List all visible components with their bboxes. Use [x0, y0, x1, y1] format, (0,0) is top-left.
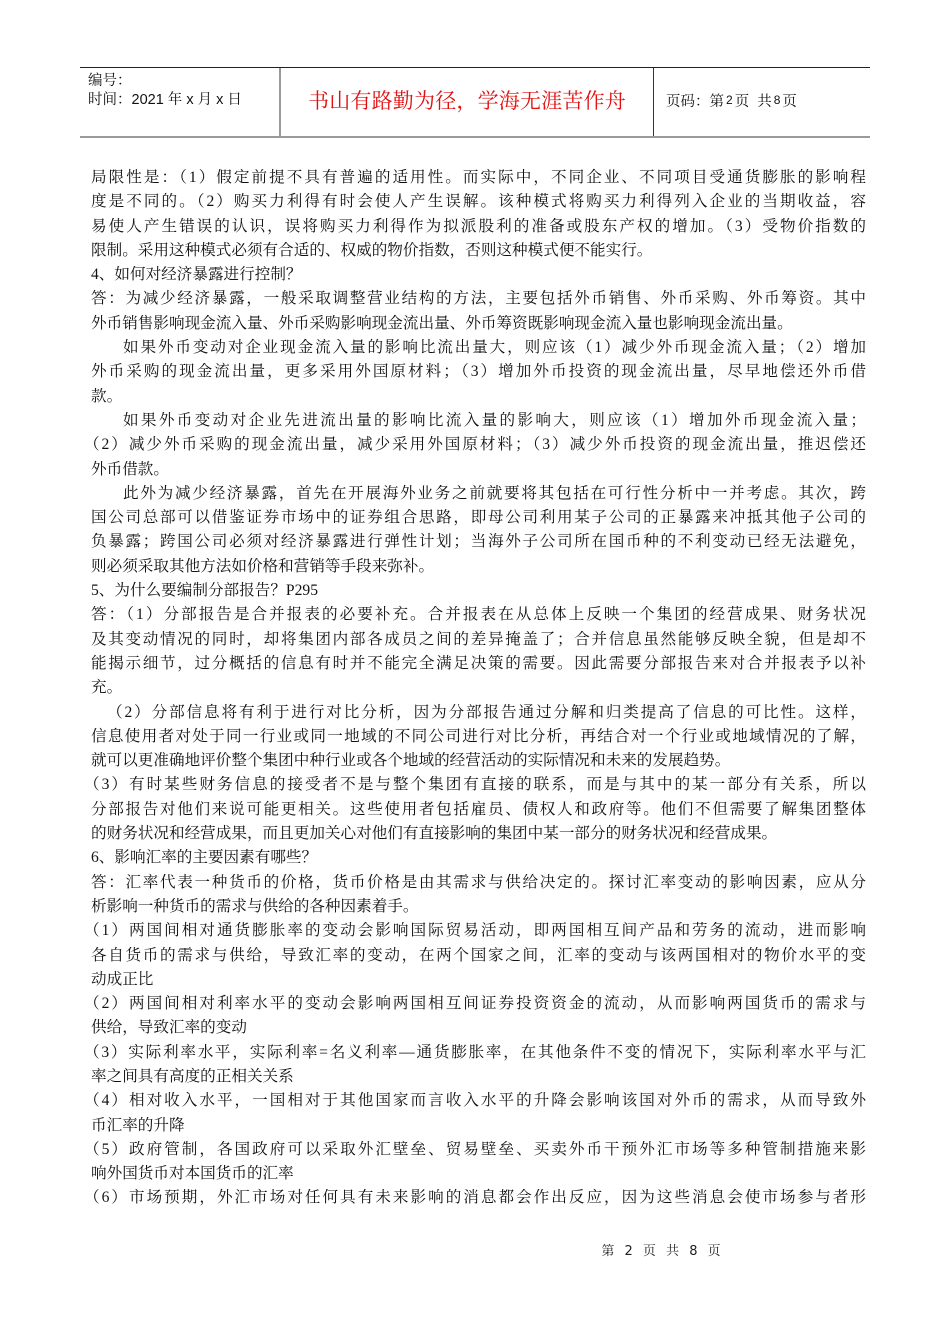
body-line: （5）政府管制，各国政府可以采取外汇壁垒、贸易壁垒、买卖外币干预外汇市场等多种管… [84, 1138, 866, 1162]
body-line: 此外为减少经济暴露，首先在开展海外业务之前就要将其包括在可行性分析中一并考虑。其… [91, 482, 866, 506]
page-label-mid: 页 [735, 90, 750, 111]
body-line: （3）实际利率水平，实际利率=名义利率—通货膨胀率，在其他条件不变的情况下，实际… [84, 1041, 866, 1065]
body-line: 如果外币变动对企业现金流入量的影响比流出量大，则应该（1）减少外币现金流入量；（… [91, 336, 866, 360]
motto-text: 书山有路勤为径，学海无涯苦作舟 [308, 85, 626, 115]
body-line: 响外国货币对本国货币的汇率 [91, 1162, 866, 1186]
body-line: 限制。采用这种模式必须有合适的、权威的物价指数，否则这种模式便不能实行。 [91, 239, 866, 263]
page-current-number: 2 [726, 93, 733, 107]
body-line: 外币采购的现金流出量，更多采用外国原材料；（3）增加外币投资的现金流出量，尽早地… [91, 360, 866, 384]
body-line: 的财务状况和经营成果，而且更加关心对他们有直接影响的集团中某一部分的财务状况和经… [91, 822, 866, 846]
body-line: 信息使用者对处于同一行业或同一地域的不同公司进行对比分析，再结合对一个行业或地域… [91, 725, 866, 749]
body-line: （6）市场预期，外汇市场对任何具有未来影响的消息都会作出反应，因为这些消息会使市… [84, 1186, 866, 1210]
body-line: 供给，导致汇率的变动 [91, 1016, 866, 1040]
body-line: （4）相对收入水平，一国相对于其他国家而言收入水平的升降会影响该国对外币的需求，… [84, 1089, 866, 1113]
header-meta-cell: 编号： 时间：2021 年 x 月 x 日 [80, 68, 281, 136]
body-line: 币汇率的升降 [91, 1114, 866, 1138]
page-header-table: 编号： 时间：2021 年 x 月 x 日 书山有路勤为径，学海无涯苦作舟 页码… [80, 67, 870, 138]
body-line: 如果外币变动对企业先进流出量的影响比流入量的影响大，则应该（1）增加外币现金流入… [91, 409, 866, 433]
body-line: 答：为减少经济暴露，一般采取调整营业结构的方法，主要包括外币销售、外币采购、外币… [91, 287, 866, 311]
question-heading-4: 4、如何对经济暴露进行控制？ [91, 263, 866, 287]
body-line: 局限性是：（1）假定前提不具有普遍的适用性。而实际中，不同企业、不同项目受通货膨… [91, 166, 866, 190]
body-line: （1）两国间相对通货膨胀率的变动会影响国际贸易活动，即两国相互间产品和劳务的流动… [84, 919, 866, 943]
page-total-prefix: 共 [757, 90, 772, 111]
question-heading-6: 6、影响汇率的主要因素有哪些？ [91, 846, 866, 870]
body-line: 析影响一种货币的需求与供给的各种因素着手。 [91, 895, 866, 919]
body-line: 度是不同的。（2）购买力利得有时会使人产生误解。该种模式将购买力利得列入企业的当… [91, 190, 866, 214]
body-line: 国公司总部可以借鉴证券市场中的证券组合思路，即母公司利用某子公司的正暴露来冲抵其… [91, 506, 866, 530]
body-line: 易使人产生错误的认识，误将购买力利得作为拟派股利的准备或股东产权的增加。（3）受… [91, 215, 866, 239]
question-heading-5: 5、为什么要编制分部报告？P295 [91, 579, 866, 603]
body-line: （2）两国间相对利率水平的变动会影响两国相互间证券投资资金的流动，从而影响两国货… [84, 992, 866, 1016]
body-line: （3）有时某些财务信息的接受者不是与整个集团有直接的联系，而是与其中的某一部分有… [84, 773, 866, 797]
body-line: 率之间具有高度的正相关关系 [91, 1065, 866, 1089]
header-motto-cell: 书山有路勤为径，学海无涯苦作舟 [281, 68, 654, 136]
body-line: 各自货币的需求与供给，导致汇率的变动，在两个国家之间，汇率的变动与该两国相对的物… [91, 944, 866, 968]
document-page: 编号： 时间：2021 年 x 月 x 日 书山有路勤为径，学海无涯苦作舟 页码… [0, 0, 950, 1344]
body-line: 充。 [91, 676, 866, 700]
body-line: 及其变动情况的同时，却将集团内部各成员之间的差异掩盖了；合并信息虽然能够反映全貌… [91, 628, 866, 652]
serial-number-label: 编号： [88, 72, 279, 91]
page-label-suffix: 页 [782, 90, 797, 111]
body-line: 答：（1）分部报告是合并报表的必要补充。合并报表在从总体上反映一个集团的经营成果… [91, 603, 866, 627]
body-line: 外币借款。 [91, 458, 866, 482]
body-line: 则必须采取其他方法如价格和营销等手段来弥补。 [91, 555, 866, 579]
body-line: 款。 [91, 385, 866, 409]
body-line: 能揭示细节，过分概括的信息有时并不能完全满足决策的需要。因此需要分部报告来对合并… [91, 652, 866, 676]
document-body: 局限性是：（1）假定前提不具有普遍的适用性。而实际中，不同企业、不同项目受通货膨… [91, 166, 871, 1211]
body-line: 就可以更准确地评价整个集团中种行业或各个地域的经营活动的实际情况和未来的发展趋势… [91, 749, 866, 773]
body-line: 负暴露；跨国公司必须对经济暴露进行弹性计划；当海外子公司所在国币种的不利变动已经… [91, 530, 866, 554]
date-label: 时间：2021 年 x 月 x 日 [88, 91, 279, 110]
page-label-prefix: 页码：第 [666, 90, 724, 111]
body-line: 外币销售影响现金流入量、外币采购影响现金流出量、外币筹资既影响现金流入量也影响现… [91, 312, 866, 336]
header-page-cell: 页码：第 2 页 共 8 页 [654, 68, 870, 136]
page-total-number: 8 [774, 93, 781, 107]
body-line: 分部报告对他们来说可能更相关。这些使用者包括雇员、债权人和政府等。他们不但需要了… [91, 798, 866, 822]
body-line: （2）分部信息将有利于进行对比分析，因为分部报告通过分解和归类提高了信息的可比性… [91, 701, 866, 725]
body-line: （2）减少外币采购的现金流出量，减少采用外国原材料；（3）减少外币投资的现金流出… [84, 433, 866, 457]
footer-page-indicator: 第 2 页 共 8 页 [601, 1244, 723, 1259]
body-line: 答：汇率代表一种货币的价格，货币价格是由其需求与供给决定的。探讨汇率变动的影响因… [91, 871, 866, 895]
page-footer: 第 2 页 共 8 页 [0, 1240, 950, 1259]
body-line: 动成正比 [91, 968, 866, 992]
